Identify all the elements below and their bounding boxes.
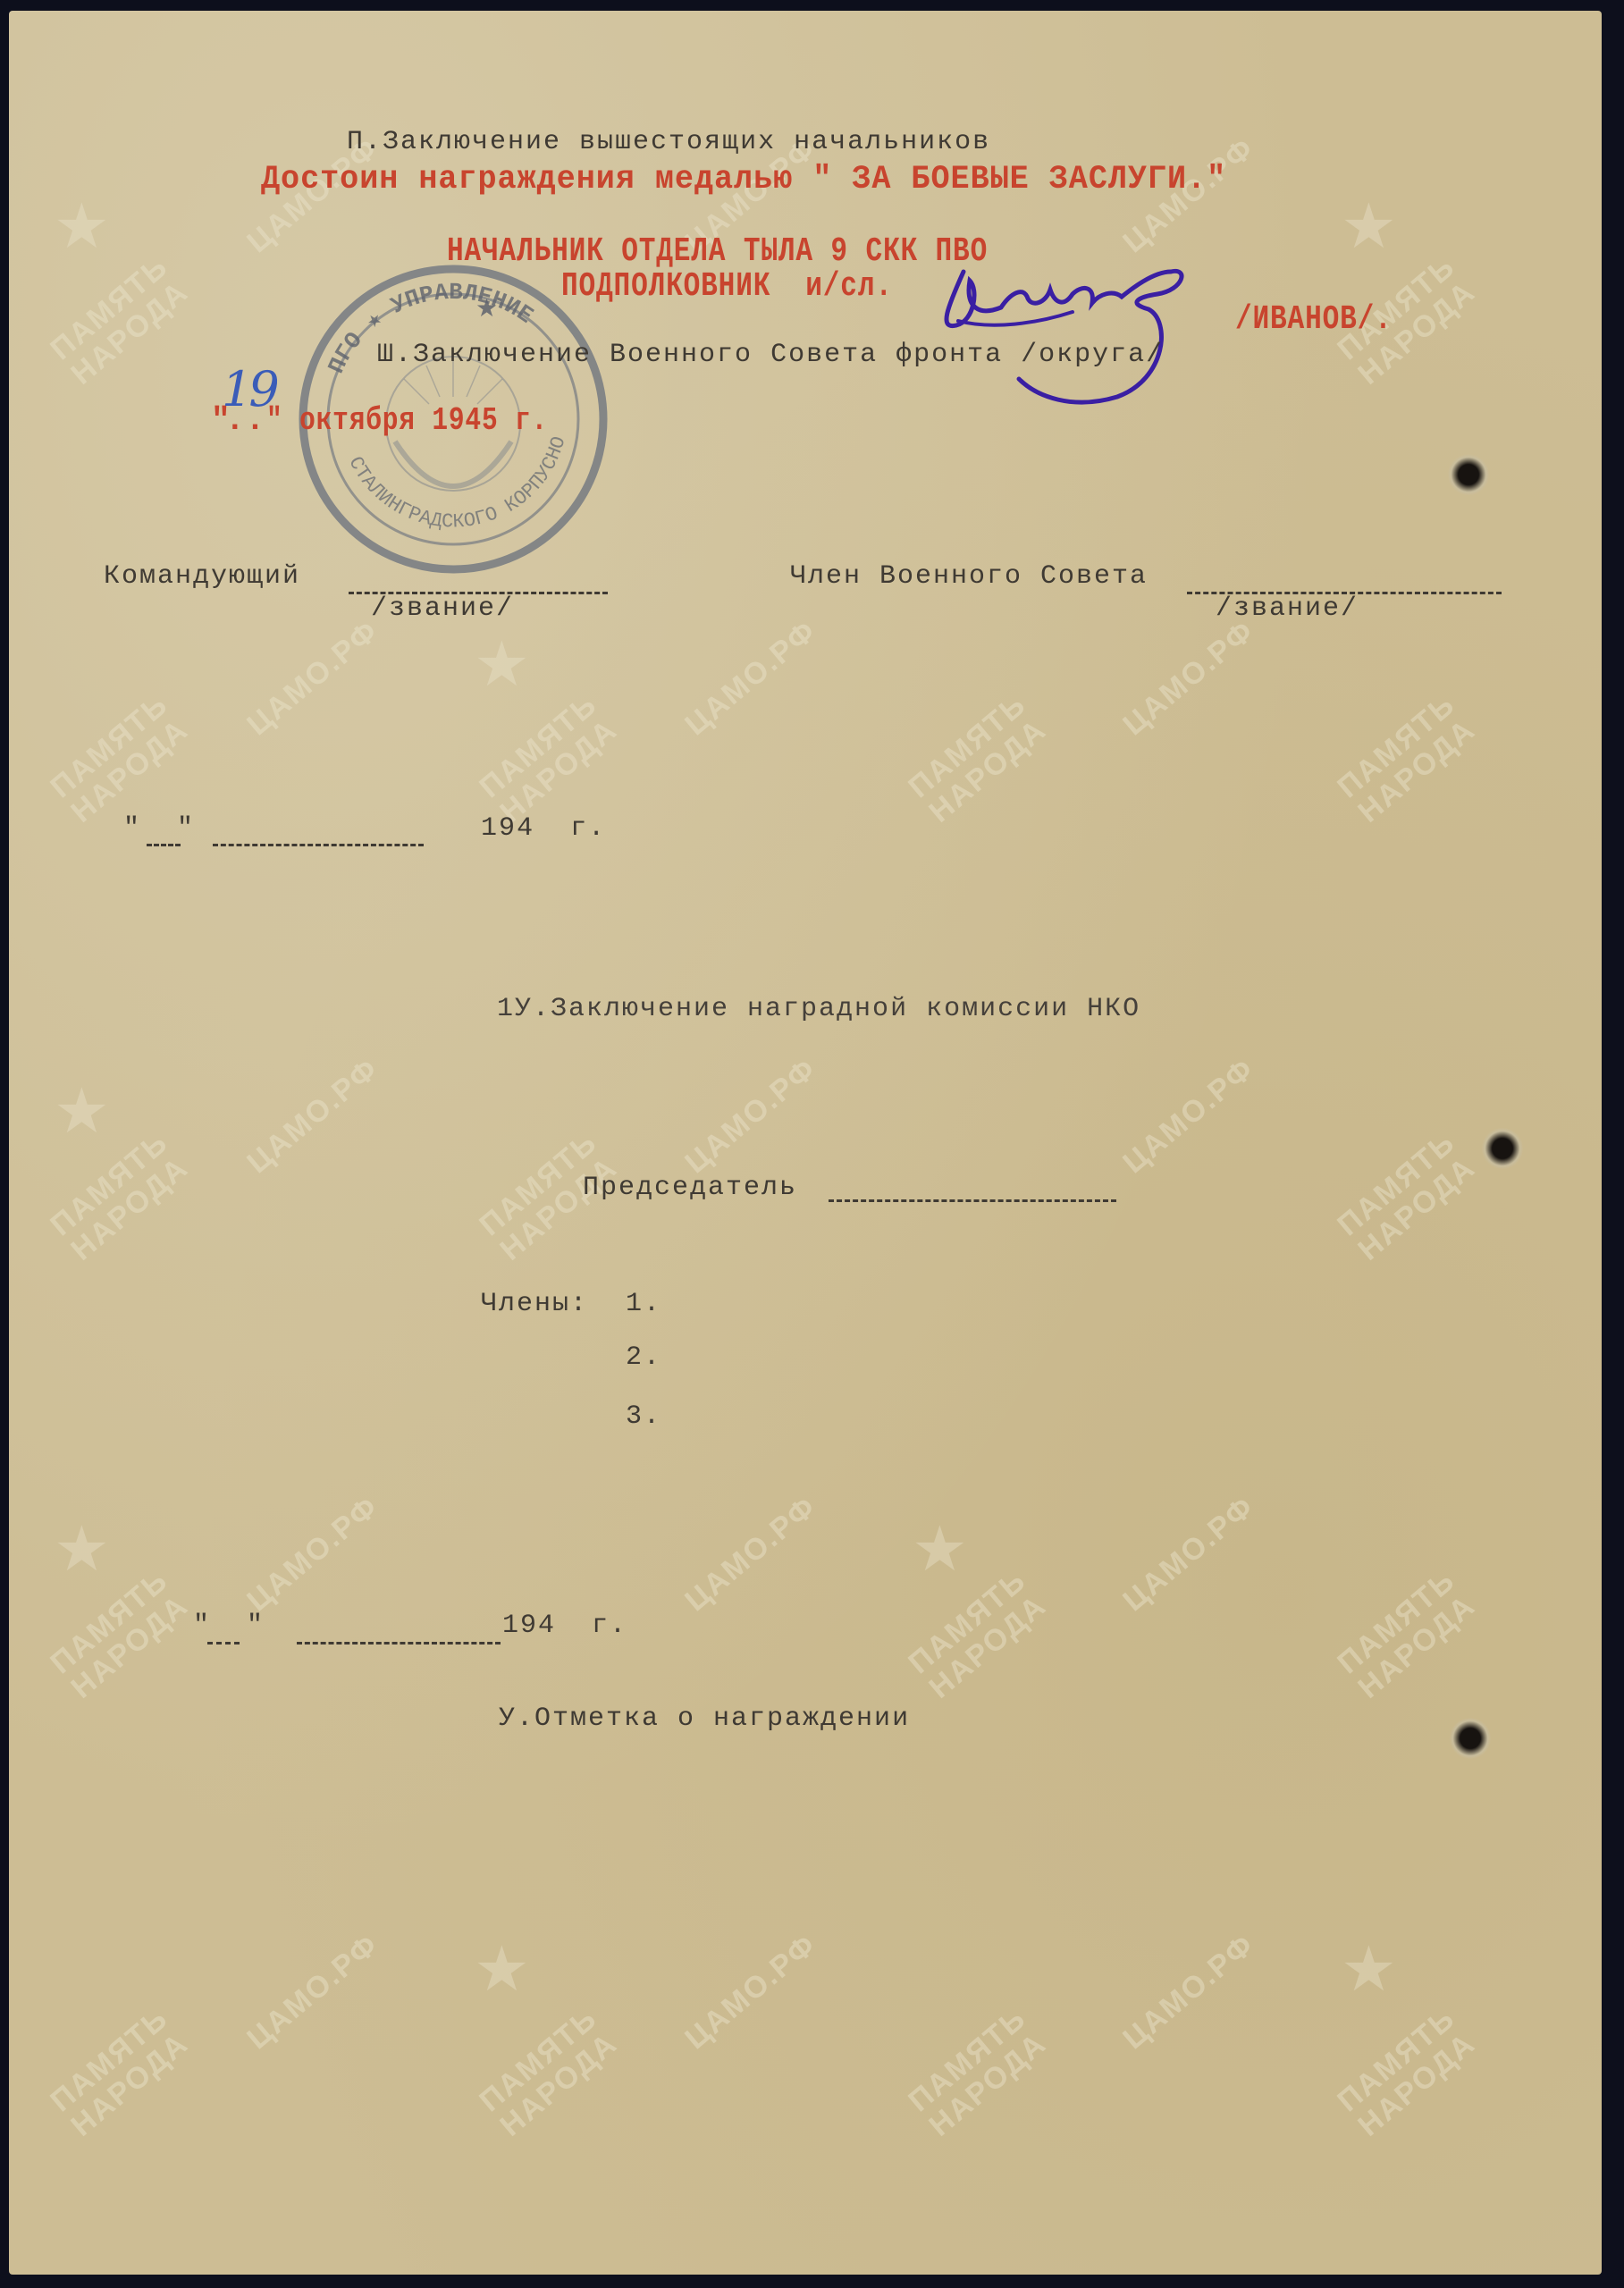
watermark-project: ПАМЯТЬ НАРОДА — [903, 688, 1053, 829]
member-2: 2. — [626, 1342, 661, 1373]
watermark-archive: ЦАМО.РФ — [1117, 614, 1260, 742]
punch-hole — [1482, 1128, 1523, 1169]
award-verdict: Достоин награждения медалью " ЗА БОЕВЫЕ … — [261, 161, 1226, 198]
watermark-archive: ЦАМО.РФ — [1117, 1490, 1260, 1618]
watermark-project: ПАМЯТЬ НАРОДА — [45, 688, 195, 829]
punch-hole — [1450, 1718, 1491, 1759]
watermark-archive: ЦАМО.РФ — [679, 1052, 822, 1180]
watermark-project: ПАМЯТЬ НАРОДА — [474, 2002, 624, 2142]
watermark-archive: ЦАМО.РФ — [1117, 1052, 1260, 1180]
signer-rank: ПОДПОЛКОВНИК и/сл. — [561, 267, 893, 306]
section3-heading: Ш.Заключение Военного Совета фронта /окр… — [377, 340, 1164, 370]
section4-heading: 1У.Заключение наградной комиссии НКО — [497, 994, 1140, 1024]
blank-date-text: " " 194 г. — [123, 813, 606, 844]
watermark-star-icon: ★ — [912, 1512, 968, 1586]
punch-hole — [1448, 454, 1489, 495]
watermark-archive: ЦАМО.РФ — [679, 1928, 822, 2056]
watermark-project: ПАМЯТЬ НАРОДА — [1332, 688, 1482, 829]
blank-date-suffix: 194 г. — [502, 1611, 627, 1641]
section5-heading: У.Отметка о награждении — [499, 1703, 910, 1734]
watermark-archive: ЦАМО.РФ — [1117, 1928, 1260, 2056]
watermark-project: ПАМЯТЬ НАРОДА — [45, 2002, 195, 2142]
watermark-star-icon: ★ — [1341, 1932, 1397, 2006]
council-member-label: Член Военного Совета — [790, 561, 1148, 592]
section2-heading: П.Заключение вышестоящих начальников — [347, 127, 990, 157]
watermark-star-icon: ★ — [54, 189, 110, 263]
watermark-archive: ЦАМО.РФ — [241, 1490, 384, 1618]
watermark-project: ПАМЯТЬ НАРОДА — [1332, 1564, 1482, 1704]
blank-day-line — [147, 844, 181, 846]
handwritten-signature — [938, 254, 1233, 415]
member-1: 1. — [626, 1289, 661, 1319]
watermark-archive: ЦАМО.РФ — [679, 1490, 822, 1618]
council-member-rank-hint: /звание/ — [1216, 593, 1359, 624]
watermark-star-icon: ★ — [54, 1512, 110, 1586]
blank-day-line — [207, 1642, 240, 1644]
chairman-signature-line — [829, 1199, 1116, 1202]
watermark-archive: ЦАМО.РФ — [241, 1052, 384, 1180]
archive-document-page: ЦАМО.РФ ЦАМО.РФ ЦАМО.РФ ЦАМО.РФ ЦАМО.РФ … — [9, 11, 1602, 2275]
watermark-archive: ЦАМО.РФ — [241, 614, 384, 742]
watermark-star-icon: ★ — [474, 1932, 530, 2006]
watermark-star-icon: ★ — [1341, 189, 1397, 263]
members-label: Члены: — [481, 1289, 588, 1319]
watermark-project: ПАМЯТЬ НАРОДА — [474, 688, 624, 829]
commander-rank-hint: /звание/ — [371, 593, 514, 624]
watermark-project: ПАМЯТЬ НАРОДА — [1332, 1126, 1482, 1266]
watermark-project: ПАМЯТЬ НАРОДА — [903, 2002, 1053, 2142]
watermark-star-icon: ★ — [54, 1074, 110, 1148]
blank-date-prefix: " " — [193, 1611, 265, 1641]
signer-name: /ИВАНОВ/. — [1235, 300, 1393, 339]
chairman-label: Председатель — [583, 1173, 797, 1203]
watermark-project: ПАМЯТЬ НАРОДА — [1332, 2002, 1482, 2142]
member-3: 3. — [626, 1401, 661, 1432]
blank-month-line — [297, 1642, 501, 1644]
watermark-archive: ЦАМО.РФ — [679, 614, 822, 742]
watermark-project: ПАМЯТЬ НАРОДА — [45, 250, 195, 391]
commander-label: Командующий — [104, 561, 300, 592]
blank-month-line — [213, 844, 424, 846]
signer-position: НАЧАЛЬНИК ОТДЕЛА ТЫЛА 9 СКК ПВО — [447, 232, 988, 271]
watermark-archive: ЦАМО.РФ — [241, 1928, 384, 2056]
watermark-star-icon: ★ — [474, 627, 530, 701]
date-rest: " октября 1945 г. — [266, 402, 548, 439]
